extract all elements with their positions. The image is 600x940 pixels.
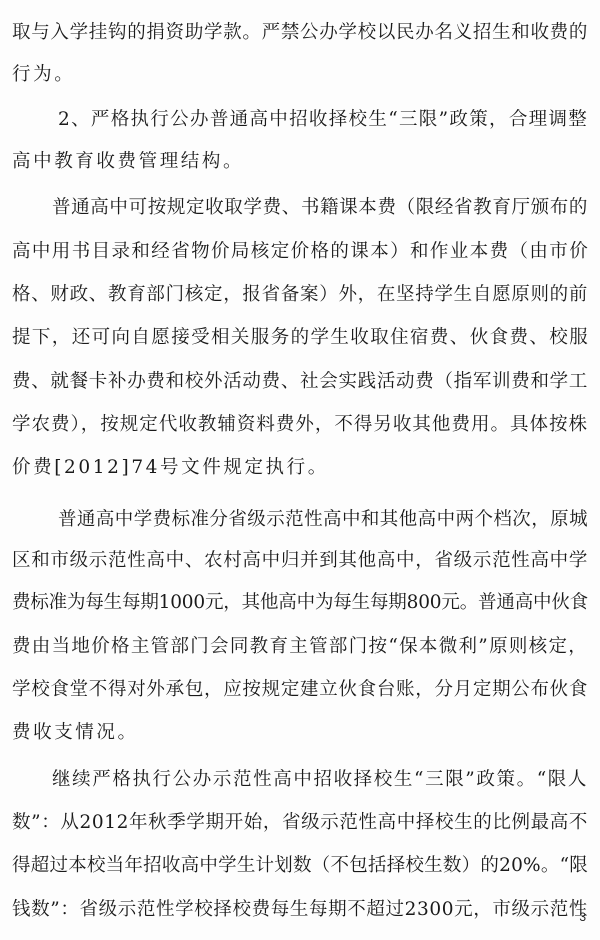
text-line: 高中教育收费管理结构。: [12, 150, 588, 174]
text-line: 数”：从2012年秋季学期开始，省级示范性高中择校生的比例最高不: [12, 811, 588, 835]
page-number: 3: [579, 910, 586, 924]
text-line: 继续严格执行公办示范性高中招收择校生“三限”政策。“限人: [52, 768, 588, 792]
text-line: 价费[2012]74号文件规定执行。: [12, 456, 588, 480]
document-page: 取与入学挂钩的捐资助学款。严禁公办学校以民办名义招生和收费的行为。2、严格执行公…: [0, 0, 600, 940]
text-line: 行为。: [12, 63, 588, 87]
text-line: 提下，还可向自愿接受相关服务的学生收取住宿费、伙食费、校服: [12, 326, 588, 350]
text-line: 高中用书目录和经省物价局核定价格的课本）和作业本费（由市价: [12, 240, 588, 264]
text-line: 费由当地价格主管部门会同教育主管部门按“保本微利”原则核定，: [12, 635, 588, 659]
text-line: 费、就餐卡补办费和校外活动费、社会实践活动费（指军训费和学工: [12, 370, 588, 394]
text-line: 钱数”：省级示范性学校择校费每生每期不超过2300元，市级示范性: [12, 898, 588, 922]
text-line: 费收支情况。: [12, 721, 588, 745]
text-line: 取与入学挂钩的捐资助学款。严禁公办学校以民办名义招生和收费的: [12, 21, 588, 45]
text-line: 2、严格执行公办普通高中招收择校生“三限”政策，合理调整: [58, 108, 588, 132]
text-line: 学农费），按规定代收教辅资料费外，不得另收其他费用。具体按株: [12, 413, 588, 437]
text-line: 区和市级示范性高中、农村高中归并到其他高中，省级示范性高中学: [12, 549, 588, 573]
text-line: 学校食堂不得对外承包，应按规定建立伙食台账，分月定期公布伙食: [12, 678, 588, 702]
text-line: 普通高中学费标准分省级示范性高中和其他高中两个档次，原城: [58, 508, 588, 532]
text-line: 费标准为每生每期1000元，其他高中为每生每期800元。普通高中伙食: [12, 591, 588, 615]
text-line: 得超过本校当年招收高中学生计划数（不包括择校生数）的20%。“限: [12, 854, 588, 878]
text-line: 格、财政、教育部门核定，报省备案）外，在坚持学生自愿原则的前: [12, 283, 588, 307]
text-line: 普通高中可按规定收取学费、书籍课本费（限经省教育厅颁布的: [52, 196, 588, 220]
